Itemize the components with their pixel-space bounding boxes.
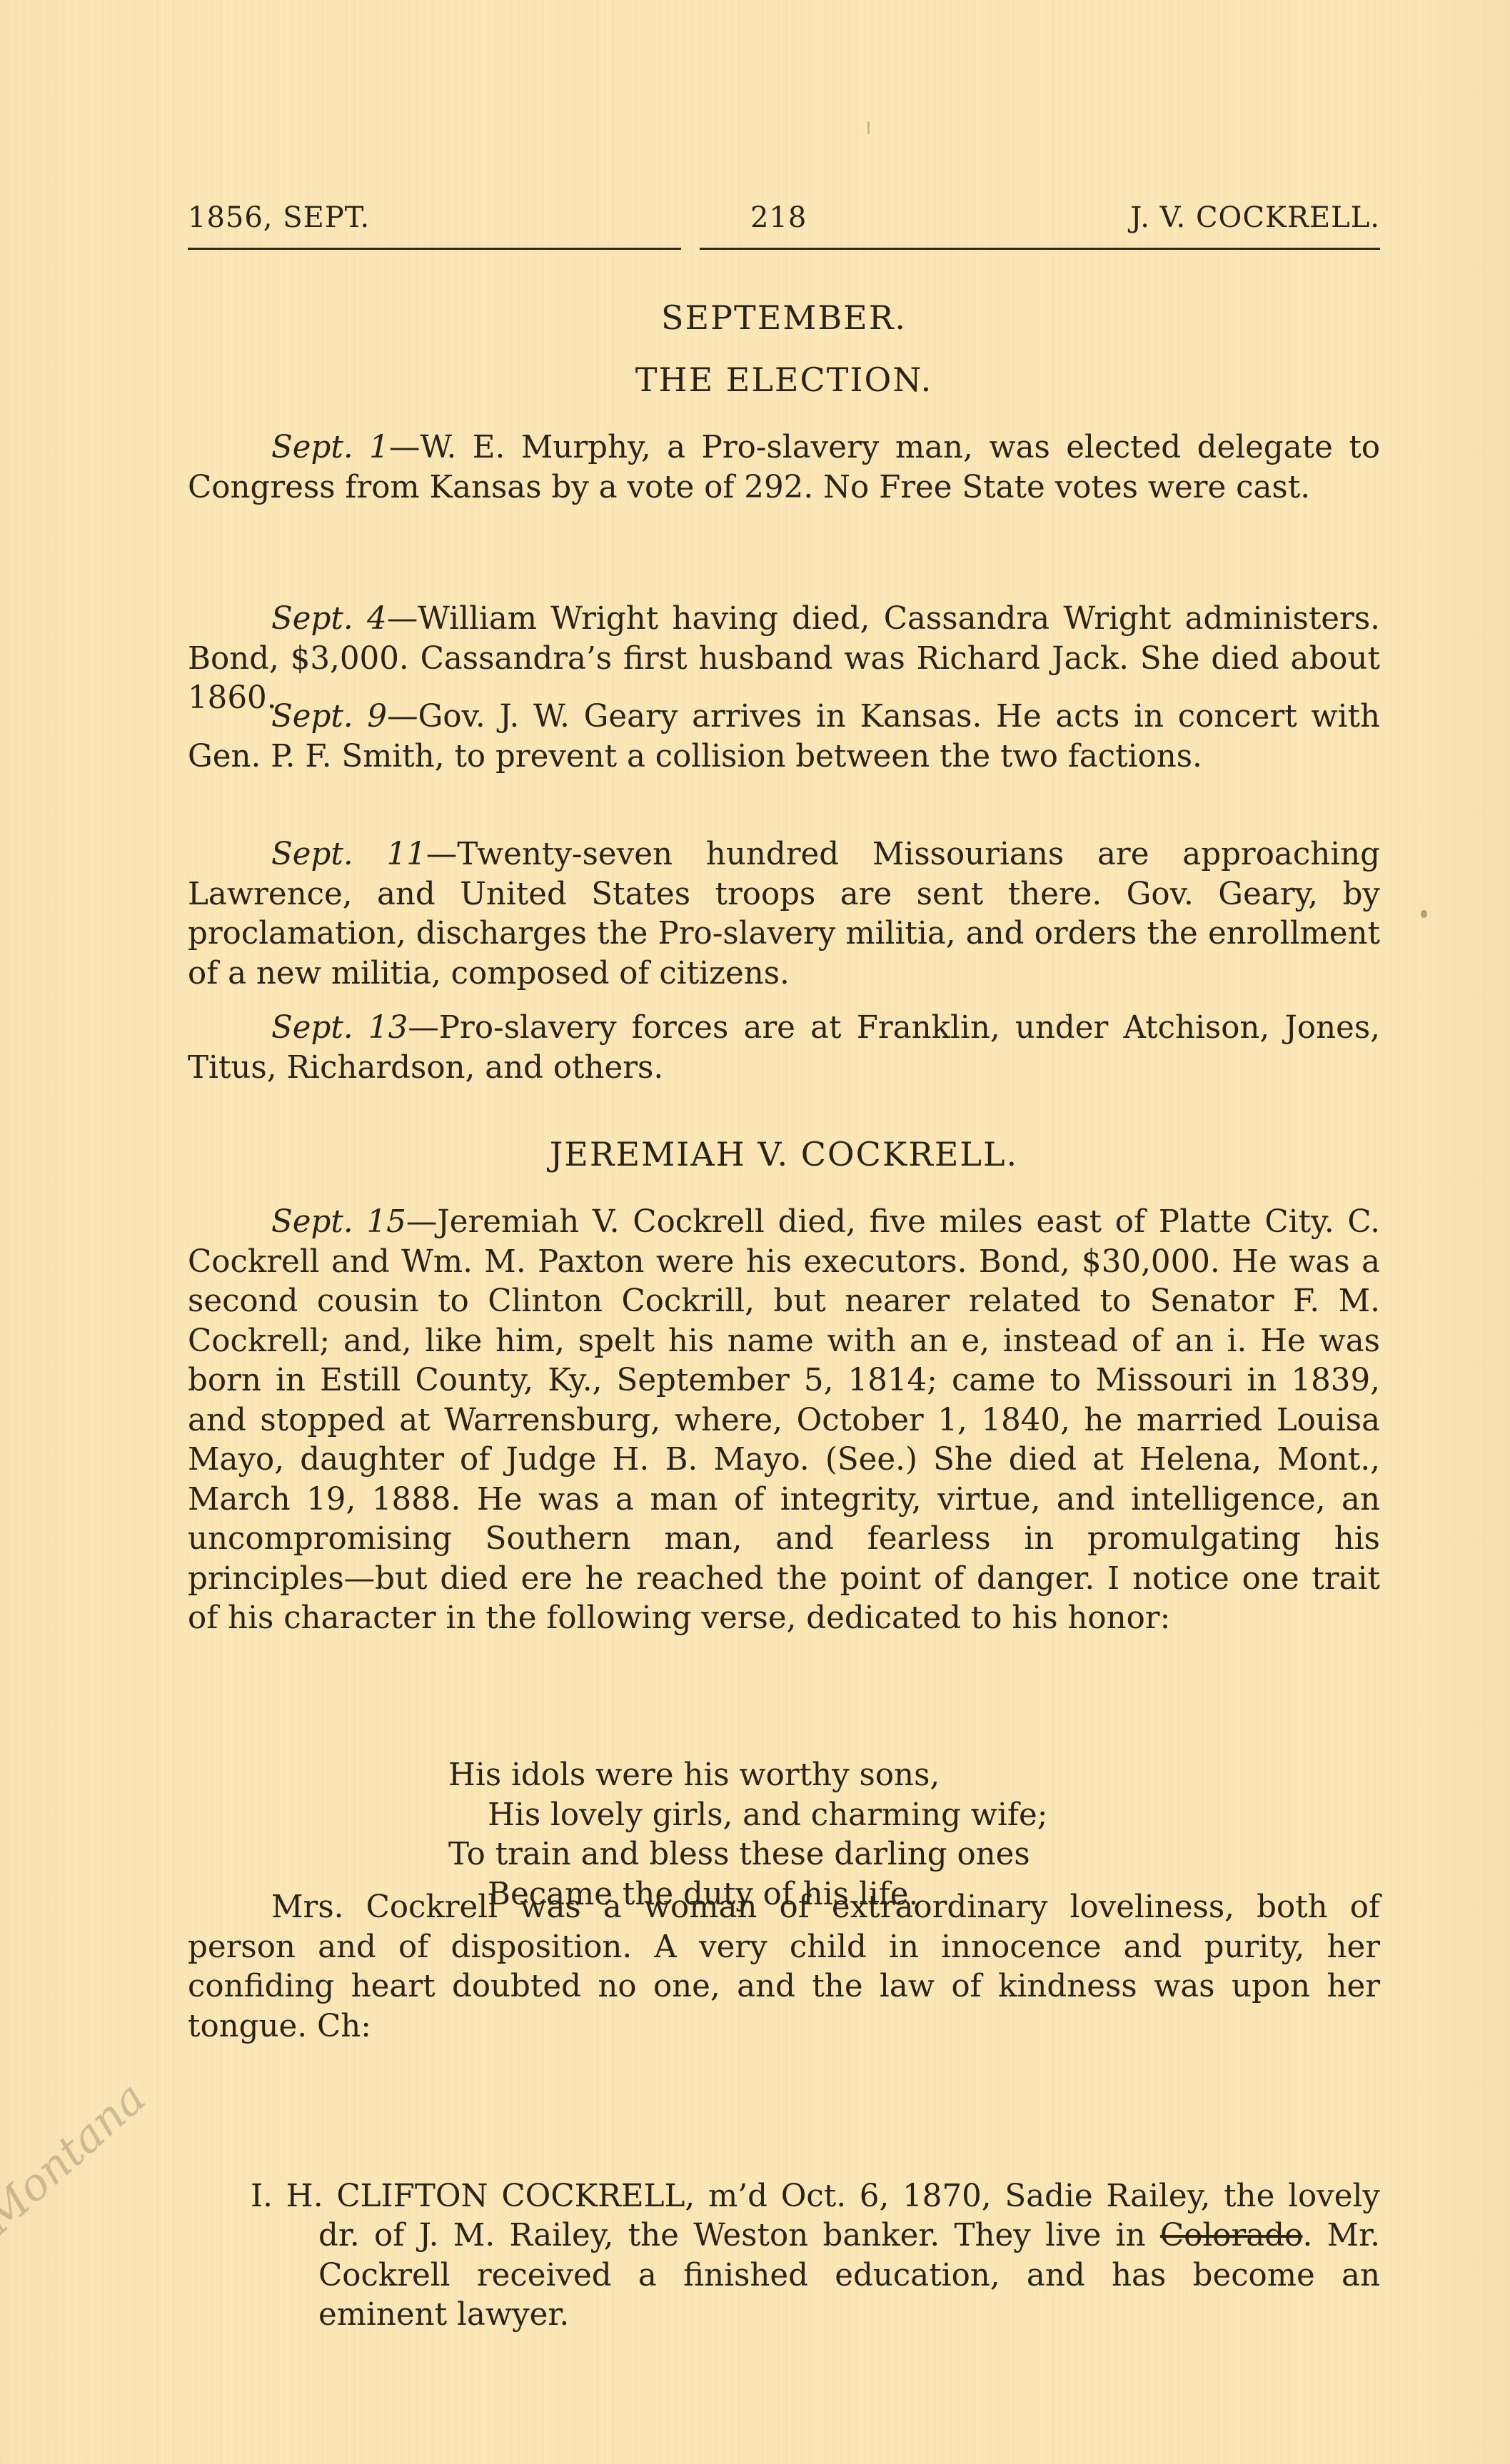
child-entry: I. H. CLIFTON COCKRELL, m’d Oct. 6, 1870…: [251, 2177, 1380, 2336]
running-head-date: 1856, SEPT.: [188, 201, 370, 234]
verse-line: His lovely girls, and charming wife;: [448, 1796, 1047, 1836]
struck-word: Colorado: [1160, 2218, 1303, 2253]
month-heading: SEPTEMBER.: [188, 298, 1380, 337]
verse-line: His idols were his worthy sons,: [448, 1756, 1047, 1796]
section-heading: THE ELECTION.: [188, 360, 1380, 399]
child-numeral: I.: [251, 2178, 273, 2214]
entry-sept-15: Sept. 15—Jeremiah V. Cockrell died, five…: [188, 1203, 1380, 1639]
wife-paragraph: Mrs. Cockrell was a woman of extraordina…: [188, 1888, 1380, 2046]
entry-date: Sept. 4: [271, 601, 387, 637]
entry-sept-9: Sept. 9—Gov. J. W. Geary arrives in Kans…: [188, 697, 1380, 777]
paper-speck: [1421, 910, 1427, 918]
entry-sept-1: Sept. 1—W. E. Murphy, a Pro-slavery man,…: [188, 428, 1380, 508]
entry-date: Sept. 9: [271, 699, 387, 734]
entry-date: Sept. 11: [271, 837, 426, 872]
running-head-subject: J. V. COCKRELL.: [1130, 201, 1380, 234]
entry-sept-11: Sept. 11—Twenty-seven hundred Missourian…: [188, 835, 1380, 994]
entry-sept-13: Sept. 13—Pro-slavery forces are at Frank…: [188, 1009, 1380, 1088]
entry-date: Sept. 1: [271, 430, 389, 465]
entry-text: —Jeremiah V. Cockrell died, five miles e…: [188, 1204, 1380, 1636]
header-rule-right: [700, 248, 1380, 250]
header-rule-left: [188, 248, 681, 250]
entry-date: Sept. 13: [271, 1010, 408, 1046]
entry-date: Sept. 15: [271, 1204, 406, 1240]
page-number: 218: [750, 201, 807, 234]
verse-line: To train and bless these darling ones: [448, 1835, 1047, 1875]
handwritten-margin-annotation: Montana: [0, 2071, 156, 2243]
biography-heading: JEREMIAH V. COCKRELL.: [188, 1135, 1380, 1173]
paper-speck: [867, 121, 870, 134]
running-head: 1856, SEPT. 218 J. V. COCKRELL.: [188, 201, 1380, 237]
